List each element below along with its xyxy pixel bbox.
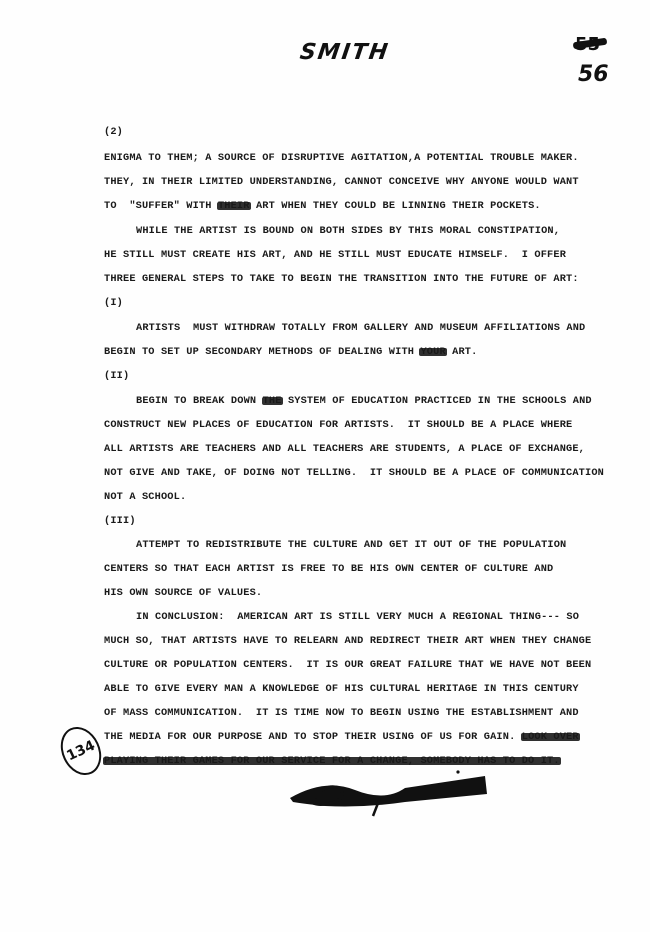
document-page: SMITH 55 56 (2) ENIGMA TO THEM; A SOURCE… bbox=[0, 0, 650, 932]
circled-annotation: 134 bbox=[53, 720, 109, 781]
text-line: CENTERS SO THAT EACH ARTIST IS FREE TO B… bbox=[104, 563, 553, 575]
text-line: NOT A SCHOOL. bbox=[104, 491, 186, 503]
text-line: CONSTRUCT NEW PLACES OF EDUCATION FOR AR… bbox=[104, 419, 572, 431]
page-number: 56 bbox=[578, 62, 609, 87]
section-marker: (I) bbox=[104, 297, 123, 309]
struck-page-number: 55 bbox=[575, 34, 603, 52]
text-line: THE MEDIA FOR OUR PURPOSE AND TO STOP TH… bbox=[104, 731, 579, 743]
text-line: MUCH SO, THAT ARTISTS HAVE TO RELEARN AN… bbox=[104, 635, 591, 647]
section-marker: (III) bbox=[104, 515, 136, 527]
text-line: ALL ARTISTS ARE TEACHERS AND ALL TEACHER… bbox=[104, 443, 585, 455]
struck-word: YOUR bbox=[420, 346, 445, 358]
text-line: OF MASS COMMUNICATION. IT IS TIME NOW TO… bbox=[104, 707, 579, 719]
text-line: THREE GENERAL STEPS TO TAKE TO BEGIN THE… bbox=[104, 273, 579, 285]
struck-words: PLAYING THEIR GAMES FOR OUR SERVICE FOR … bbox=[104, 755, 560, 767]
struck-line: PLAYING THEIR GAMES FOR OUR SERVICE FOR … bbox=[104, 755, 560, 767]
text-line: CULTURE OR POPULATION CENTERS. IT IS OUR… bbox=[104, 659, 591, 671]
page-marker: (2) bbox=[104, 126, 123, 138]
struck-words: LOOK OVER bbox=[522, 731, 579, 743]
struck-word: THEIR bbox=[218, 200, 250, 212]
text-line: ABLE TO GIVE EVERY MAN A KNOWLEDGE OF HI… bbox=[104, 683, 579, 695]
text-line: WHILE THE ARTIST IS BOUND ON BOTH SIDES … bbox=[136, 225, 560, 237]
struck-word: THE bbox=[263, 395, 282, 407]
text-line: NOT GIVE AND TAKE, OF DOING NOT TELLING.… bbox=[104, 467, 604, 479]
text-line: ARTISTS MUST WITHDRAW TOTALLY FROM GALLE… bbox=[136, 322, 585, 334]
text-line: HIS OWN SOURCE OF VALUES. bbox=[104, 587, 262, 599]
text-line: BEGIN TO SET UP SECONDARY METHODS OF DEA… bbox=[104, 346, 477, 358]
text-line: IN CONCLUSION: AMERICAN ART IS STILL VER… bbox=[136, 611, 579, 623]
text-line: ENIGMA TO THEM; A SOURCE OF DISRUPTIVE A… bbox=[104, 152, 579, 164]
text-line: THEY, IN THEIR LIMITED UNDERSTANDING, CA… bbox=[104, 176, 579, 188]
text-line: TO "SUFFER" WITH THEIR ART WHEN THEY COU… bbox=[104, 200, 541, 212]
text-line: BEGIN TO BREAK DOWN THE SYSTEM OF EDUCAT… bbox=[136, 395, 592, 407]
redacted-signature bbox=[285, 768, 490, 818]
text-line: ATTEMPT TO REDISTRIBUTE THE CULTURE AND … bbox=[136, 539, 566, 551]
text-line: HE STILL MUST CREATE HIS ART, AND HE STI… bbox=[104, 249, 566, 261]
handwritten-name: SMITH bbox=[298, 40, 391, 65]
section-marker: (II) bbox=[104, 370, 129, 382]
